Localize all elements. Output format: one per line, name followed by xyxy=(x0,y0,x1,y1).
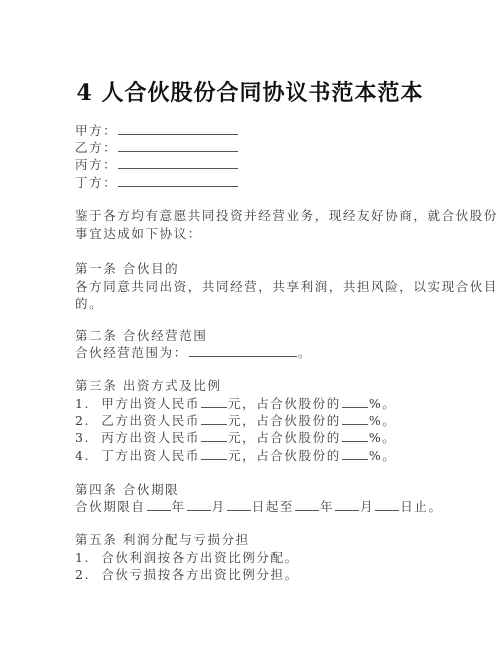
preamble-line-2: 事宜达成如下协议： xyxy=(75,225,202,242)
year-label: 年 xyxy=(320,499,334,514)
article1-line-2: 的。 xyxy=(75,295,103,312)
day-from-label: 日起至 xyxy=(252,499,294,514)
profit-item: 1. 合伙利润按各方出资比例分配。 xyxy=(75,549,299,566)
term-start-label: 合伙期限自 xyxy=(75,499,146,514)
contribution-item: 1. 甲方出资人民币元，占合伙股份的%。 xyxy=(75,395,396,412)
month-blank xyxy=(187,509,211,511)
item-end: %。 xyxy=(369,413,397,428)
year-blank xyxy=(147,509,171,511)
day-blank xyxy=(375,509,399,511)
item-end: %。 xyxy=(369,430,397,445)
contribution-item: 2. 乙方出资人民币元，占合伙股份的%。 xyxy=(75,412,396,429)
party-line-c: 丙方： xyxy=(75,156,239,173)
signature-blank xyxy=(118,185,238,187)
signature-blank xyxy=(118,167,238,169)
scope-blank xyxy=(189,355,297,357)
month-label: 月 xyxy=(212,499,226,514)
term-line: 合伙期限自年月日起至年月日止。 xyxy=(75,498,443,515)
day-end-label: 日止。 xyxy=(400,499,442,514)
party-label: 甲方： xyxy=(75,123,117,138)
percent-blank xyxy=(342,440,368,442)
year-blank xyxy=(295,509,319,511)
item-number: 4. xyxy=(75,448,90,463)
item-number: 1. xyxy=(75,550,90,565)
article2-heading: 第二条 合伙经营范围 xyxy=(75,327,207,344)
amount-blank xyxy=(201,440,227,442)
signature-blank xyxy=(118,133,238,135)
signature-blank xyxy=(118,150,238,152)
item-text: 合伙亏损按各方出资比例分担。 xyxy=(101,567,298,582)
party-line-b: 乙方： xyxy=(75,139,239,156)
party-line-d: 丁方： xyxy=(75,174,239,191)
percent-blank xyxy=(342,406,368,408)
item-end: %。 xyxy=(369,396,397,411)
item-number: 3. xyxy=(75,430,90,445)
article1-line-1: 各方同意共同出资，共同经营，共享利润，共担风险，以实现合伙目 xyxy=(75,278,498,295)
party-label: 乙方： xyxy=(75,140,117,155)
month-blank xyxy=(335,509,359,511)
percent-blank xyxy=(342,458,368,460)
item-party: 乙方出资人民币 xyxy=(101,413,200,428)
party-label: 丁方： xyxy=(75,175,117,190)
document-title: 4 人合伙股份合同协议书范本范本 xyxy=(0,78,500,108)
article2-scope-line: 合伙经营范围为：。 xyxy=(75,344,312,361)
article5-heading: 第五条 利润分配与亏损分担 xyxy=(75,531,250,548)
party-line-a: 甲方： xyxy=(75,122,239,139)
day-blank xyxy=(227,509,251,511)
amount-blank xyxy=(201,458,227,460)
scope-label: 合伙经营范围为： xyxy=(75,345,188,360)
item-mid: 元，占合伙股份的 xyxy=(228,413,341,428)
item-number: 2. xyxy=(75,567,90,582)
article1-heading: 第一条 合伙目的 xyxy=(75,260,179,277)
item-end: %。 xyxy=(369,448,397,463)
amount-blank xyxy=(201,423,227,425)
profit-item: 2. 合伙亏损按各方出资比例分担。 xyxy=(75,566,299,583)
amount-blank xyxy=(201,406,227,408)
preamble-line-1: 鉴于各方均有意愿共同投资并经营业务，现经友好协商，就合伙股份 xyxy=(75,207,498,224)
party-label: 丙方： xyxy=(75,157,117,172)
article3-heading: 第三条 出资方式及比例 xyxy=(75,377,222,394)
item-party: 丁方出资人民币 xyxy=(101,448,200,463)
article4-heading: 第四条 合伙期限 xyxy=(75,481,179,498)
month-label: 月 xyxy=(360,499,374,514)
contribution-item: 3. 丙方出资人民币元，占合伙股份的%。 xyxy=(75,429,396,446)
item-party: 丙方出资人民币 xyxy=(101,430,200,445)
document-page: 4 人合伙股份合同协议书范本范本 甲方： 乙方： 丙方： 丁方： 鉴于各方均有意… xyxy=(0,0,500,647)
item-number: 2. xyxy=(75,413,90,428)
year-label: 年 xyxy=(172,499,186,514)
scope-end: 。 xyxy=(298,345,312,360)
contribution-item: 4. 丁方出资人民币元，占合伙股份的%。 xyxy=(75,447,396,464)
item-text: 合伙利润按各方出资比例分配。 xyxy=(101,550,298,565)
percent-blank xyxy=(342,423,368,425)
item-number: 1. xyxy=(75,396,90,411)
item-party: 甲方出资人民币 xyxy=(101,396,200,411)
item-mid: 元，占合伙股份的 xyxy=(228,448,341,463)
item-mid: 元，占合伙股份的 xyxy=(228,430,341,445)
item-mid: 元，占合伙股份的 xyxy=(228,396,341,411)
